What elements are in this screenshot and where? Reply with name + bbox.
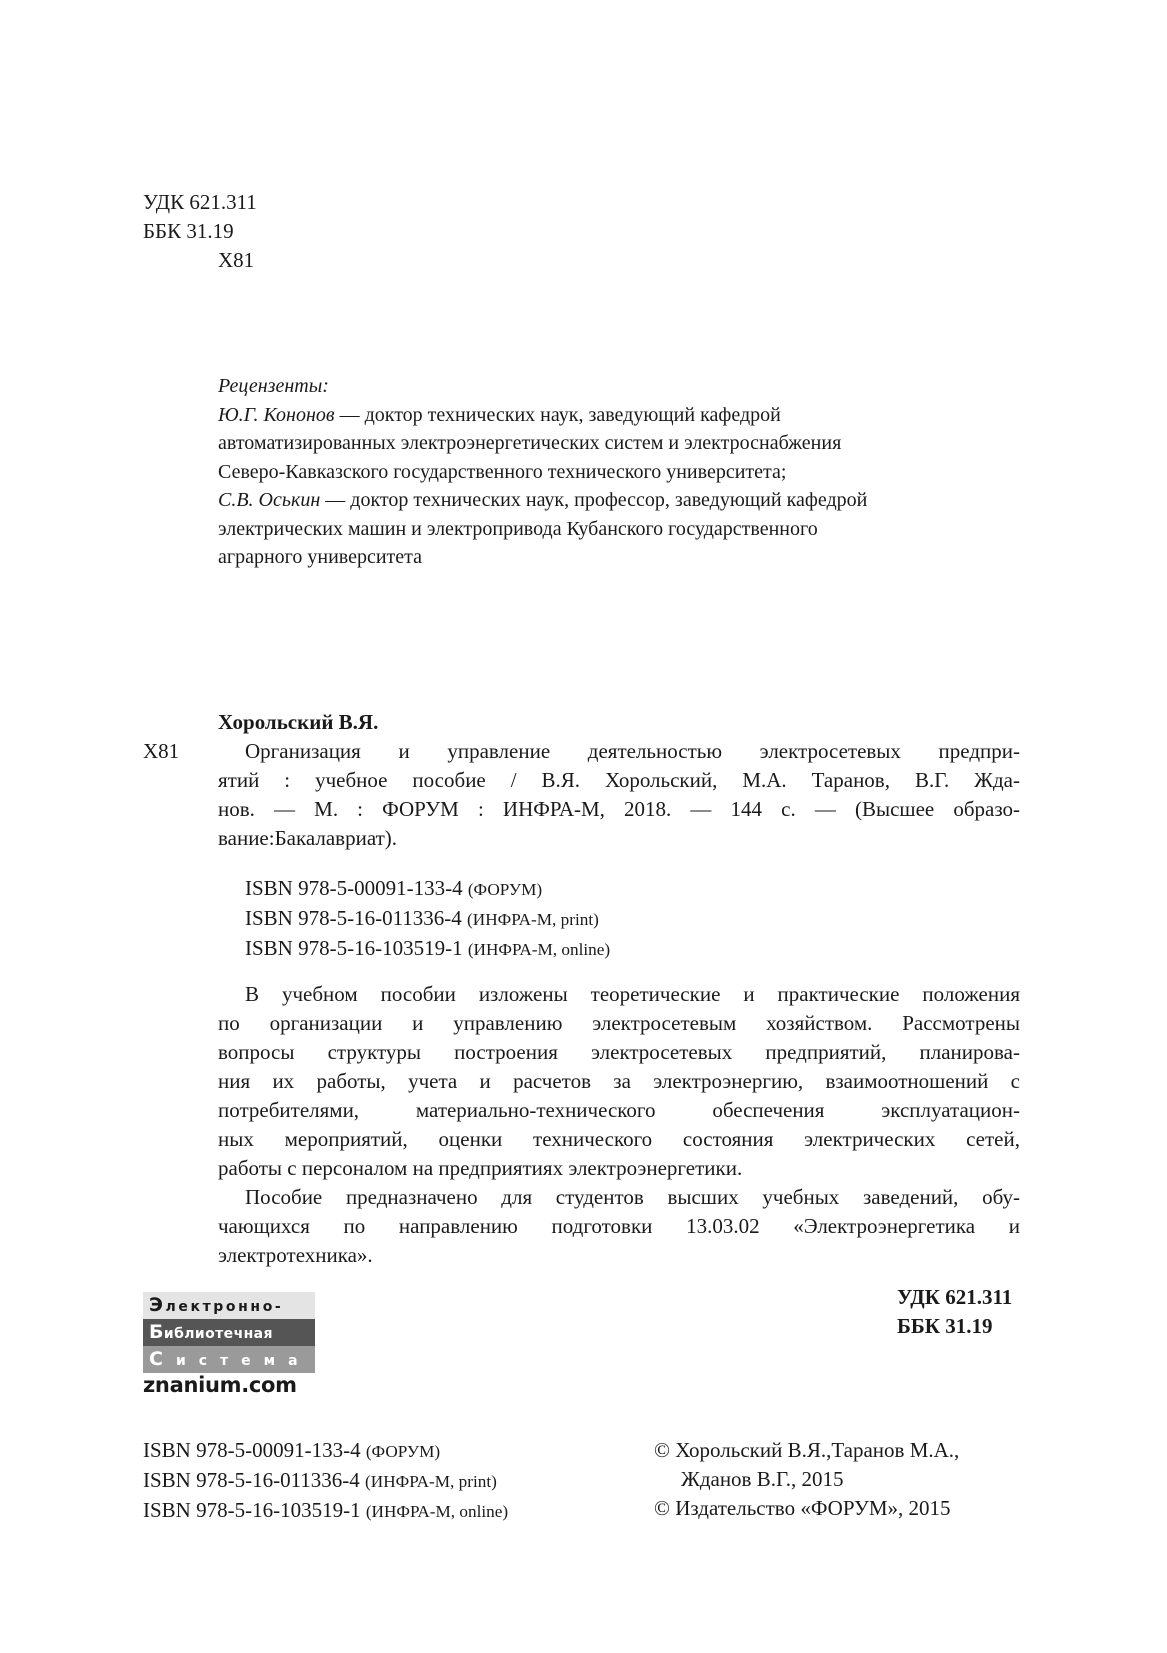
udk-code: УДК 621.311	[143, 188, 257, 217]
abstract-line: работы с персоналом на предприятиях элек…	[218, 1154, 1020, 1183]
reviewer-2-line-3: аграрного университета	[218, 543, 1018, 572]
abstract-line: Пособие предназначено для студентов высш…	[218, 1183, 1020, 1212]
reviewer-1: Ю.Г. Кононов — доктор технических наук, …	[218, 401, 1018, 430]
logo-band-library: Библиотечная	[143, 1319, 315, 1346]
udk-code: УДК 621.311	[897, 1283, 1012, 1312]
abstract: В учебном пособии изложены теоретические…	[218, 980, 1020, 1270]
copyright-authors-cont: Жданов В.Г., 2015	[654, 1465, 959, 1494]
reviewer-name: С.В. Оськин	[218, 489, 320, 511]
copyright-publisher: © Издательство «ФОРУМ», 2015	[654, 1494, 959, 1523]
bbk-code: ББК 31.19	[143, 217, 257, 246]
znanium-logo: Электронно- Библиотечная Система znanium…	[143, 1292, 315, 1397]
bbk-code: ББК 31.19	[897, 1312, 1012, 1341]
isbn-item: ISBN 978-5-16-011336-4 (ИНФРА-М, print)	[143, 1466, 508, 1496]
reviewer-1-line-3: Северо-Кавказского государственного техн…	[218, 458, 1018, 487]
isbn-list-bottom: ISBN 978-5-00091-133-4 (ФОРУМ) ISBN 978-…	[143, 1436, 508, 1526]
author-mark-left: Х81	[143, 737, 179, 766]
abstract-line: электротехника».	[218, 1241, 1020, 1270]
reviewers-heading: Рецензенты:	[218, 372, 1018, 401]
classification-codes-bottom: УДК 621.311 ББК 31.19	[897, 1283, 1012, 1341]
reviewer-2: С.В. Оськин — доктор технических наук, п…	[218, 486, 1018, 515]
copyright-block: © Хорольский В.Я.,Таранов М.А., Жданов В…	[654, 1436, 959, 1523]
isbn-list-top: ISBN 978-5-00091-133-4 (ФОРУМ) ISBN 978-…	[245, 874, 610, 964]
isbn-item: ISBN 978-5-00091-133-4 (ФОРУМ)	[143, 1436, 508, 1466]
logo-band-system: Система	[143, 1346, 315, 1373]
reviewer-1-line-2: автоматизированных электроэнергетических…	[218, 429, 1018, 458]
abstract-line: чающихся по направлению подготовки 13.03…	[218, 1212, 1020, 1241]
logo-url: znanium.com	[143, 1373, 315, 1397]
reviewer-name: Ю.Г. Кононов	[218, 404, 335, 426]
abstract-line: ных мероприятий, оценки технического сос…	[218, 1125, 1020, 1154]
abstract-line: потребителями, материально-технического …	[218, 1096, 1020, 1125]
classification-codes-top: УДК 621.311 ББК 31.19 Х81	[143, 188, 257, 275]
biblio-line: Организация и управление деятельностью э…	[218, 737, 1020, 766]
isbn-item: ISBN 978-5-00091-133-4 (ФОРУМ)	[245, 874, 610, 904]
isbn-item: ISBN 978-5-16-103519-1 (ИНФРА-М, online)	[143, 1496, 508, 1526]
logo-band-electronic: Электронно-	[143, 1292, 315, 1319]
reviewer-2-line-2: электрических машин и электропривода Куб…	[218, 515, 1018, 544]
bibliographic-description: Организация и управление деятельностью э…	[218, 737, 1020, 853]
biblio-line: ятий : учебное пособие / В.Я. Хорольский…	[218, 766, 1020, 795]
abstract-line: ния их работы, учета и расчетов за элект…	[218, 1067, 1020, 1096]
abstract-line: вопросы структуры построения электросете…	[218, 1038, 1020, 1067]
isbn-item: ISBN 978-5-16-103519-1 (ИНФРА-М, online)	[245, 934, 610, 964]
author-heading: Хорольский В.Я.	[218, 708, 378, 737]
isbn-item: ISBN 978-5-16-011336-4 (ИНФРА-М, print)	[245, 904, 610, 934]
abstract-line: В учебном пособии изложены теоретические…	[218, 980, 1020, 1009]
biblio-line: нов. — М. : ФОРУМ : ИНФРА-М, 2018. — 144…	[218, 795, 1020, 824]
abstract-line: по организации и управлению электросетев…	[218, 1009, 1020, 1038]
reviewers-section: Рецензенты: Ю.Г. Кононов — доктор технич…	[218, 372, 1018, 572]
copyright-authors: © Хорольский В.Я.,Таранов М.А.,	[654, 1436, 959, 1465]
author-mark: Х81	[143, 246, 257, 275]
biblio-line: вание:Бакалавриат).	[218, 824, 1020, 853]
